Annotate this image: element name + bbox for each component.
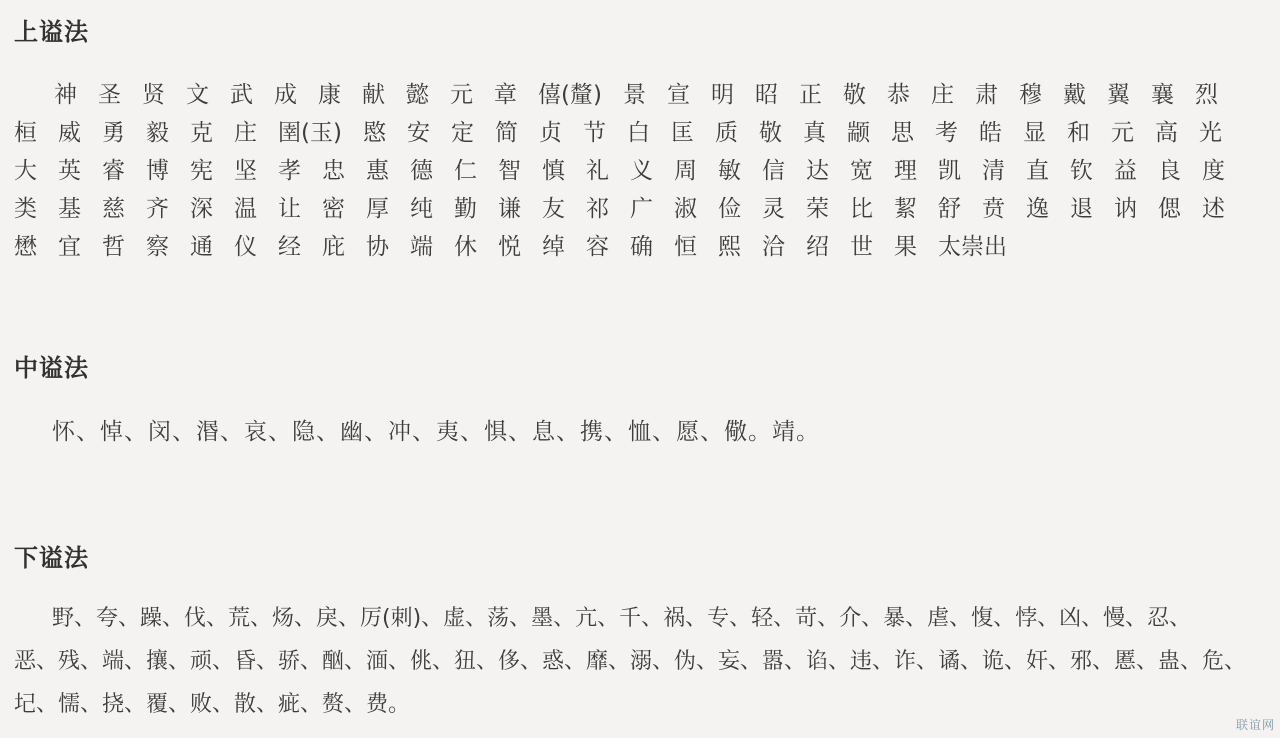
- shi-character: 真: [803, 114, 826, 147]
- shi-character: 益: [1114, 152, 1137, 185]
- shi-character: 祁: [586, 190, 609, 223]
- shi-character: 偲: [1158, 190, 1181, 223]
- shi-character: 贲: [982, 190, 1005, 223]
- shi-character: 宣: [667, 76, 690, 109]
- shi-character: 襄: [1151, 76, 1174, 109]
- shi-character: 深: [190, 190, 213, 223]
- shi-character: 献: [362, 76, 385, 109]
- shifa-line: 圮、懦、挠、覆、败、散、疵、赘、费。: [14, 683, 1272, 726]
- shi-character: 达: [806, 152, 829, 185]
- shi-character: 舒: [938, 190, 961, 223]
- shi-character: 僖(釐): [538, 76, 602, 109]
- shi-character: 元: [1111, 114, 1134, 147]
- shi-character: 慈: [102, 190, 125, 223]
- shi-character: 良: [1158, 152, 1181, 185]
- shi-character: 述: [1202, 190, 1225, 223]
- shi-character: 成: [274, 76, 297, 109]
- section-title-middle: 中谥法: [14, 348, 1272, 383]
- shi-character: 绰: [542, 228, 565, 261]
- shi-character: 基: [58, 190, 81, 223]
- shifa-row: 神圣贤文武成康献懿元章僖(釐)景宣明昭正敬恭庄肃穆戴翼襄烈: [14, 73, 1272, 111]
- shi-character: 经: [278, 228, 301, 261]
- shi-character: 仪: [234, 228, 257, 261]
- shifa-line: 怀、悼、闵、湣、哀、隐、幽、冲、夷、惧、息、携、恤、愿、儆。靖。: [14, 413, 1272, 446]
- section-middle-shifa: 中谥法 怀、悼、闵、湣、哀、隐、幽、冲、夷、惧、息、携、恤、愿、儆。靖。: [14, 348, 1272, 446]
- section-upper-shifa: 上谥法 神圣贤文武成康献懿元章僖(釐)景宣明昭正敬恭庄肃穆戴翼襄烈桓威勇毅克庄圉…: [14, 12, 1272, 263]
- shi-character: 节: [583, 114, 606, 147]
- shi-character: 武: [230, 76, 253, 109]
- shi-character: 质: [715, 114, 738, 147]
- shi-character: 敬: [843, 76, 866, 109]
- shifa-row: 大英睿博宪坚孝忠惠德仁智慎礼义周敏信达宽理凯清直钦益良度: [14, 149, 1272, 187]
- shi-character: 世: [850, 228, 873, 261]
- shi-character: 类: [14, 190, 37, 223]
- shi-character: 敬: [759, 114, 782, 147]
- shi-character: 翼: [1107, 76, 1130, 109]
- shi-character: 信: [762, 152, 785, 185]
- shi-character: 让: [278, 190, 301, 223]
- shi-character: 光: [1199, 114, 1222, 147]
- shi-character: 勇: [102, 114, 125, 147]
- lower-shifa-text: 野、夸、躁、伐、荒、炀、戾、厉(刺)、虚、荡、墨、亢、千、祸、专、轻、苛、介、暴…: [14, 597, 1272, 726]
- shi-character: 端: [410, 228, 433, 261]
- shi-character: 庇: [322, 228, 345, 261]
- shi-character: 克: [190, 114, 213, 147]
- shi-character: 密: [322, 190, 345, 223]
- shi-character: 明: [711, 76, 734, 109]
- shi-character: 退: [1070, 190, 1093, 223]
- shi-character: 毅: [146, 114, 169, 147]
- shi-character: 考: [935, 114, 958, 147]
- middle-shifa-text: 怀、悼、闵、湣、哀、隐、幽、冲、夷、惧、息、携、恤、愿、儆。靖。: [14, 413, 1272, 446]
- shi-character: 康: [318, 76, 341, 109]
- shi-character: 确: [630, 228, 653, 261]
- shi-character: 温: [234, 190, 257, 223]
- shi-character: 懿: [406, 76, 429, 109]
- shi-character: 德: [410, 152, 433, 185]
- section-title-lower: 下谥法: [14, 538, 1272, 573]
- shi-character: 昭: [755, 76, 778, 109]
- shi-character: 思: [891, 114, 914, 147]
- shi-character: 大: [14, 152, 37, 185]
- shi-character: 安: [407, 114, 430, 147]
- shi-character: 懋: [14, 228, 37, 261]
- shi-character: 贞: [539, 114, 562, 147]
- shi-character: 忠: [322, 152, 345, 185]
- shi-character: 周: [674, 152, 697, 185]
- shi-character: 恭: [887, 76, 910, 109]
- shi-character: 恒: [674, 228, 697, 261]
- shi-character: 正: [799, 76, 822, 109]
- shi-character: 坚: [234, 152, 257, 185]
- shi-character: 景: [623, 76, 646, 109]
- shi-character: 威: [58, 114, 81, 147]
- shi-character: 察: [146, 228, 169, 261]
- shi-character: 淑: [674, 190, 697, 223]
- section-title-upper: 上谥法: [14, 12, 1272, 47]
- shi-character: 哲: [102, 228, 125, 261]
- shi-character: 愍: [363, 114, 386, 147]
- shi-character: 通: [190, 228, 213, 261]
- shi-character: 度: [1202, 152, 1225, 185]
- site-watermark: 联谊网: [1236, 716, 1275, 733]
- shi-character: 比: [850, 190, 873, 223]
- shi-character: 定: [451, 114, 474, 147]
- section-lower-shifa: 下谥法 野、夸、躁、伐、荒、炀、戾、厉(刺)、虚、荡、墨、亢、千、祸、专、轻、苛…: [14, 538, 1272, 726]
- shi-character: 谦: [498, 190, 521, 223]
- shi-character: 洽: [762, 228, 785, 261]
- shi-character: 敏: [718, 152, 741, 185]
- shi-character: 絜: [894, 190, 917, 223]
- shifa-line: 野、夸、躁、伐、荒、炀、戾、厉(刺)、虚、荡、墨、亢、千、祸、专、轻、苛、介、暴…: [14, 597, 1272, 640]
- shi-character: 简: [495, 114, 518, 147]
- shifa-line: 恶、残、端、攘、顽、昏、骄、酗、湎、佻、狃、侈、惑、靡、溺、伪、妄、嚣、谄、违、…: [14, 640, 1272, 683]
- shi-character: 宽: [850, 152, 873, 185]
- shi-character: 惠: [366, 152, 389, 185]
- shi-character: 白: [627, 114, 650, 147]
- shi-character: 清: [982, 152, 1005, 185]
- shi-character: 戴: [1063, 76, 1086, 109]
- shi-character: 凯: [938, 152, 961, 185]
- shi-character: 逸: [1026, 190, 1049, 223]
- shi-character: 慎: [542, 152, 565, 185]
- shi-character: 灵: [762, 190, 785, 223]
- shi-character: 协: [366, 228, 389, 261]
- shi-character: 广: [630, 190, 653, 223]
- shi-character: 直: [1026, 152, 1049, 185]
- shi-character: 贤: [142, 76, 165, 109]
- shi-character: 章: [494, 76, 517, 109]
- upper-shifa-character-grid: 神圣贤文武成康献懿元章僖(釐)景宣明昭正敬恭庄肃穆戴翼襄烈桓威勇毅克庄圉(玉)愍…: [14, 73, 1272, 263]
- shi-character: 圉(玉): [278, 114, 342, 147]
- shi-character: 英: [58, 152, 81, 185]
- shi-character: 理: [894, 152, 917, 185]
- shi-character: 庄: [234, 114, 257, 147]
- shifa-row: 类基慈齐深温让密厚纯勤谦友祁广淑俭灵荣比絜舒贲逸退讷偲述: [14, 187, 1272, 225]
- shifa-row: 懋宜哲察通仪经庇协端休悦绰容确恒熙洽绍世果太崇出: [14, 225, 1272, 263]
- shi-character: 熙: [718, 228, 741, 261]
- shi-character: 纯: [410, 190, 433, 223]
- shi-character: 高: [1155, 114, 1178, 147]
- shi-character: 智: [498, 152, 521, 185]
- shi-character: 博: [146, 152, 169, 185]
- shi-character: 俭: [718, 190, 741, 223]
- shi-character: 肃: [975, 76, 998, 109]
- shi-character: 友: [542, 190, 565, 223]
- shi-character: 义: [630, 152, 653, 185]
- shi-character: 果: [894, 228, 917, 261]
- shi-character: 讷: [1114, 190, 1137, 223]
- shi-character: 圣: [98, 76, 121, 109]
- shi-character: 和: [1067, 114, 1090, 147]
- shi-character: 仁: [454, 152, 477, 185]
- shi-character: 睿: [102, 152, 125, 185]
- shi-character: 元: [450, 76, 473, 109]
- shi-character: 孝: [278, 152, 301, 185]
- shi-character: 钦: [1070, 152, 1093, 185]
- shi-character: 休: [454, 228, 477, 261]
- shi-character: 显: [1023, 114, 1046, 147]
- shi-character: 宜: [58, 228, 81, 261]
- shi-character: 礼: [586, 152, 609, 185]
- shi-character: 穆: [1019, 76, 1042, 109]
- shi-character: 绍: [806, 228, 829, 261]
- shi-character: 匡: [671, 114, 694, 147]
- shi-character: 荣: [806, 190, 829, 223]
- shi-character: 太崇出: [938, 228, 1007, 261]
- shifa-row: 桓威勇毅克庄圉(玉)愍安定简贞节白匡质敬真颛思考皓显和元高光: [14, 111, 1272, 149]
- shi-character: 宪: [190, 152, 213, 185]
- shi-character: 桓: [14, 114, 37, 147]
- shi-character: 厚: [366, 190, 389, 223]
- shi-character: 悦: [498, 228, 521, 261]
- shi-character: 齐: [146, 190, 169, 223]
- shi-character: 皓: [979, 114, 1002, 147]
- shi-character: 庄: [931, 76, 954, 109]
- shi-character: 容: [586, 228, 609, 261]
- shi-character: 烈: [1195, 76, 1218, 109]
- shi-character: 文: [186, 76, 209, 109]
- shi-character: 神: [54, 76, 77, 109]
- shi-character: 颛: [847, 114, 870, 147]
- shi-character: 勤: [454, 190, 477, 223]
